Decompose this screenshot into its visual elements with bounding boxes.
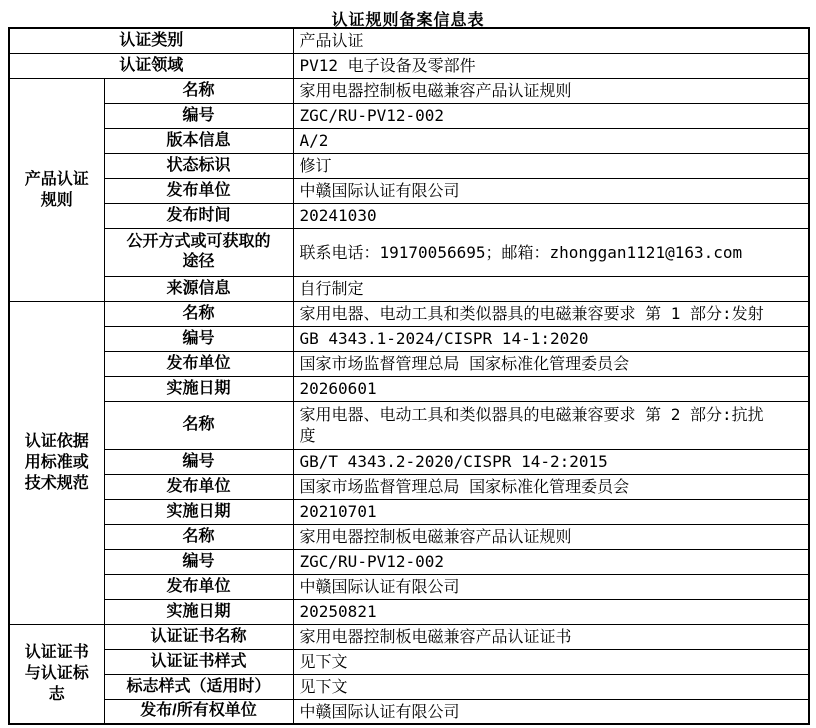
table-row: 发布时间20241030 bbox=[9, 203, 809, 228]
field-value-cell: 国家市场监督管理总局 国家标准化管理委员会 bbox=[293, 474, 809, 499]
field-value-cell: 20210701 bbox=[293, 499, 809, 524]
field-label-cell: 发布时间 bbox=[104, 203, 293, 228]
table-row: 名称家用电器控制板电磁兼容产品认证规则 bbox=[9, 524, 809, 549]
table-row: 认证领域PV12 电子设备及零部件 bbox=[9, 53, 809, 78]
field-label-cell: 编号 bbox=[104, 449, 293, 474]
field-label-cell: 认证类别 bbox=[9, 28, 293, 53]
table-row: 发布单位国家市场监督管理总局 国家标准化管理委员会 bbox=[9, 351, 809, 376]
table-row: 状态标识修订 bbox=[9, 153, 809, 178]
field-value-cell: GB/T 4343.2-2020/CISPR 14-2:2015 bbox=[293, 449, 809, 474]
field-value-cell: 中赣国际认证有限公司 bbox=[293, 574, 809, 599]
table-row: 编号ZGC/RU-PV12-002 bbox=[9, 103, 809, 128]
field-value-cell: 家用电器控制板电磁兼容产品认证规则 bbox=[293, 78, 809, 103]
field-label-cell: 实施日期 bbox=[104, 376, 293, 401]
field-label-cell: 认证证书名称 bbox=[104, 624, 293, 649]
field-label-cell: 发布单位 bbox=[104, 574, 293, 599]
field-value-cell: A/2 bbox=[293, 128, 809, 153]
field-label-cell: 实施日期 bbox=[104, 499, 293, 524]
field-label-cell: 发布单位 bbox=[104, 178, 293, 203]
table-row: 编号GB 4343.1-2024/CISPR 14-1:2020 bbox=[9, 326, 809, 351]
field-label-cell: 来源信息 bbox=[104, 276, 293, 301]
field-value-cell: 家用电器控制板电磁兼容产品认证规则 bbox=[293, 524, 809, 549]
document-page: 认证规则备案信息表 认证类别产品认证认证领域PV12 电子设备及零部件产品认证 … bbox=[0, 0, 816, 728]
field-label-cell: 名称 bbox=[104, 401, 293, 449]
page-title: 认证规则备案信息表 bbox=[0, 0, 816, 27]
field-value-cell: PV12 电子设备及零部件 bbox=[293, 53, 809, 78]
field-value-cell: 国家市场监督管理总局 国家标准化管理委员会 bbox=[293, 351, 809, 376]
field-label-cell: 标志样式（适用时） bbox=[104, 674, 293, 699]
table-row: 实施日期20250821 bbox=[9, 599, 809, 624]
table-row: 发布/所有权单位中赣国际认证有限公司 bbox=[9, 699, 809, 724]
field-label-cell: 公开方式或可获取的 途径 bbox=[104, 228, 293, 276]
field-label-cell: 状态标识 bbox=[104, 153, 293, 178]
field-label-cell: 认证领域 bbox=[9, 53, 293, 78]
info-table-body: 认证类别产品认证认证领域PV12 电子设备及零部件产品认证 规则名称家用电器控制… bbox=[9, 28, 809, 724]
table-row: 认证依据 用标准或 技术规范名称家用电器、电动工具和类似器具的电磁兼容要求 第 … bbox=[9, 301, 809, 326]
group-cell: 产品认证 规则 bbox=[9, 78, 104, 301]
field-value-cell: ZGC/RU-PV12-002 bbox=[293, 549, 809, 574]
table-row: 认证类别产品认证 bbox=[9, 28, 809, 53]
group-cell: 认证依据 用标准或 技术规范 bbox=[9, 301, 104, 624]
field-value-cell: GB 4343.1-2024/CISPR 14-1:2020 bbox=[293, 326, 809, 351]
field-label-cell: 发布/所有权单位 bbox=[104, 699, 293, 724]
field-value-cell: 联系电话：19170056695；邮箱：zhonggan1121@163.com bbox=[293, 228, 809, 276]
table-row: 公开方式或可获取的 途径联系电话：19170056695；邮箱：zhonggan… bbox=[9, 228, 809, 276]
table-row: 发布单位中赣国际认证有限公司 bbox=[9, 178, 809, 203]
field-value-cell: 见下文 bbox=[293, 674, 809, 699]
field-label-cell: 发布单位 bbox=[104, 351, 293, 376]
field-label-cell: 编号 bbox=[104, 103, 293, 128]
field-label-cell: 名称 bbox=[104, 301, 293, 326]
table-row: 编号GB/T 4343.2-2020/CISPR 14-2:2015 bbox=[9, 449, 809, 474]
field-value-cell: 20260601 bbox=[293, 376, 809, 401]
table-row: 来源信息自行制定 bbox=[9, 276, 809, 301]
table-row: 认证证书 与认证标 志认证证书名称家用电器控制板电磁兼容产品认证证书 bbox=[9, 624, 809, 649]
field-label-cell: 发布单位 bbox=[104, 474, 293, 499]
table-row: 版本信息A/2 bbox=[9, 128, 809, 153]
field-value-cell: 家用电器、电动工具和类似器具的电磁兼容要求 第 2 部分:抗扰 度 bbox=[293, 401, 809, 449]
field-value-cell: 20250821 bbox=[293, 599, 809, 624]
field-value-cell: 中赣国际认证有限公司 bbox=[293, 178, 809, 203]
field-value-cell: 20241030 bbox=[293, 203, 809, 228]
field-label-cell: 编号 bbox=[104, 326, 293, 351]
field-label-cell: 名称 bbox=[104, 78, 293, 103]
field-value-cell: ZGC/RU-PV12-002 bbox=[293, 103, 809, 128]
certification-info-table: 认证类别产品认证认证领域PV12 电子设备及零部件产品认证 规则名称家用电器控制… bbox=[8, 27, 810, 725]
table-row: 发布单位中赣国际认证有限公司 bbox=[9, 574, 809, 599]
field-label-cell: 版本信息 bbox=[104, 128, 293, 153]
field-value-cell: 修订 bbox=[293, 153, 809, 178]
field-value-cell: 家用电器、电动工具和类似器具的电磁兼容要求 第 1 部分:发射 bbox=[293, 301, 809, 326]
table-row: 实施日期20260601 bbox=[9, 376, 809, 401]
table-row: 名称家用电器、电动工具和类似器具的电磁兼容要求 第 2 部分:抗扰 度 bbox=[9, 401, 809, 449]
table-row: 发布单位国家市场监督管理总局 国家标准化管理委员会 bbox=[9, 474, 809, 499]
table-row: 实施日期20210701 bbox=[9, 499, 809, 524]
field-label-cell: 实施日期 bbox=[104, 599, 293, 624]
field-value-cell: 产品认证 bbox=[293, 28, 809, 53]
field-value-cell: 自行制定 bbox=[293, 276, 809, 301]
table-row: 认证证书样式见下文 bbox=[9, 649, 809, 674]
table-row: 标志样式（适用时）见下文 bbox=[9, 674, 809, 699]
field-label-cell: 编号 bbox=[104, 549, 293, 574]
field-label-cell: 名称 bbox=[104, 524, 293, 549]
field-value-cell: 家用电器控制板电磁兼容产品认证证书 bbox=[293, 624, 809, 649]
field-value-cell: 中赣国际认证有限公司 bbox=[293, 699, 809, 724]
field-label-cell: 认证证书样式 bbox=[104, 649, 293, 674]
table-row: 编号ZGC/RU-PV12-002 bbox=[9, 549, 809, 574]
field-value-cell: 见下文 bbox=[293, 649, 809, 674]
group-cell: 认证证书 与认证标 志 bbox=[9, 624, 104, 724]
table-row: 产品认证 规则名称家用电器控制板电磁兼容产品认证规则 bbox=[9, 78, 809, 103]
